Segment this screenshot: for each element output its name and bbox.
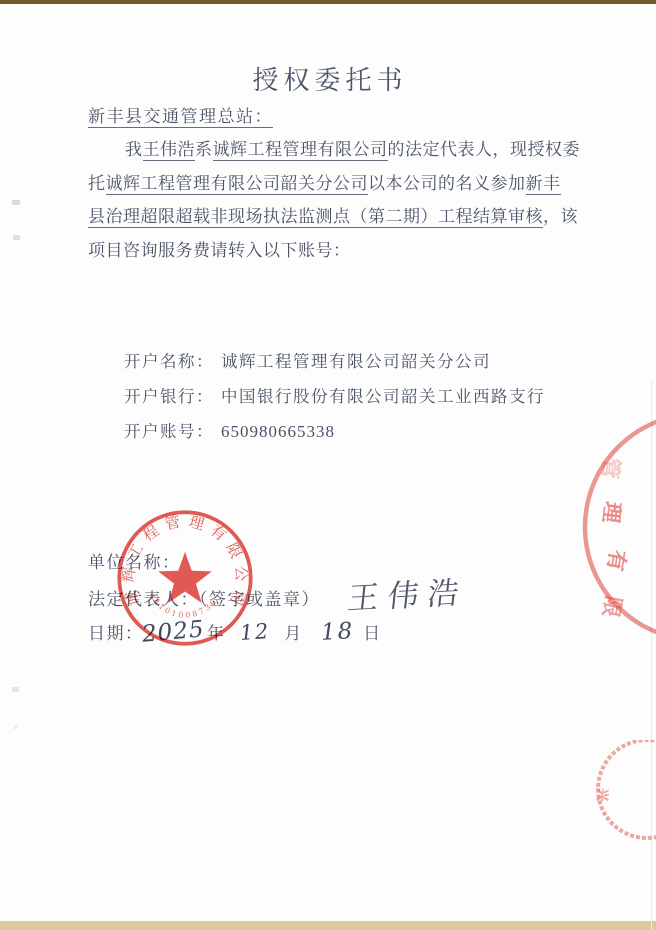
scan-edge-top (0, 0, 656, 4)
edge-stamp-char: 管 (597, 456, 623, 480)
body-text: ，该 (543, 207, 578, 226)
underlined-text: 诚辉工程管理有限公司 (213, 140, 388, 161)
body-text: 的法定代表人，现授权委 (388, 140, 581, 159)
seal-star (158, 552, 212, 603)
scanned-document-page: 授权委托书 新丰县交通管理总站： 我王伟浩系诚辉工程管理有限公司的法定代表人，现… (0, 0, 656, 930)
edge-stamp-lower: 兴 (585, 740, 656, 840)
body-line: 县治理超限超载非现场执法监测点（第二期）工程结算审核，该 (88, 200, 580, 234)
underlined-text: 王伟浩 (143, 140, 196, 161)
edge-stamp-char: 兴 (595, 788, 611, 803)
body-text: 项目咨询服务费请转入以下账号： (88, 241, 351, 260)
underlined-text: 县治理超限超载非现场执法监测点（第二期）工程结算审核 (88, 207, 543, 228)
account-number-value: 650980665338 (221, 422, 335, 441)
account-bank-value: 中国银行股份有限公司韶关工业西路支行 (221, 387, 545, 406)
scan-speck (13, 235, 20, 240)
scan-edge-bottom (0, 921, 656, 930)
month-suffix: 月 (284, 619, 303, 644)
svg-text:44101008736: 44101008736 (147, 591, 219, 619)
account-number-label: 开户账号： (124, 422, 214, 441)
scan-speck (12, 200, 20, 205)
account-bank-label: 开户银行： (124, 387, 214, 406)
scan-speck (13, 725, 18, 729)
account-name-row: 开户名称：诚辉工程管理有限公司韶关分公司 (124, 344, 545, 379)
handwritten-signature: 王伟浩 (346, 567, 471, 619)
seal-code: 44101008736 (147, 591, 219, 619)
body-line: 托诚辉工程管理有限公司韶关分公司以本公司的名义参加新丰 (88, 167, 580, 201)
account-name-value: 诚辉工程管理有限公司韶关分公司 (221, 352, 491, 371)
document-title: 授权委托书 (88, 60, 572, 97)
edge-stamp-upper: 管 理 有 限 (575, 415, 656, 640)
edge-stamp-char: 理 (598, 500, 624, 524)
account-name-label: 开户名称： (124, 352, 214, 371)
underlined-text: 诚辉工程管理有限公司韶关分公司 (106, 174, 369, 195)
body-text: 托 (88, 174, 106, 193)
body-text: 我 (125, 140, 143, 159)
day-suffix: 日 (363, 619, 382, 644)
account-details: 开户名称：诚辉工程管理有限公司韶关分公司 开户银行：中国银行股份有限公司韶关工业… (124, 344, 545, 449)
body-text: 以本公司的名义参加 (368, 174, 526, 193)
edge-stamp-char: 有 (603, 548, 630, 572)
edge-stamp-char: 限 (598, 594, 626, 619)
account-bank-row: 开户银行：中国银行股份有限公司韶关工业西路支行 (124, 379, 545, 414)
handwritten-day: 18 (320, 618, 355, 646)
body-text: 系 (195, 140, 213, 159)
body-paragraph: 我王伟浩系诚辉工程管理有限公司的法定代表人，现授权委托诚辉工程管理有限公司韶关分… (88, 133, 580, 267)
body-line: 项目咨询服务费请转入以下账号： (88, 234, 580, 268)
underlined-text: 新丰 (526, 174, 561, 195)
recipient-line: 新丰县交通管理总站： (88, 102, 273, 127)
account-number-row: 开户账号：650980665338 (124, 414, 545, 449)
body-line: 我王伟浩系诚辉工程管理有限公司的法定代表人，现授权委 (88, 133, 580, 167)
recipient-text: 新丰县交通管理总站： (88, 107, 273, 128)
scan-speck (12, 687, 19, 692)
company-seal: 诚辉工程管理有限公司 44101008736 (112, 505, 258, 651)
